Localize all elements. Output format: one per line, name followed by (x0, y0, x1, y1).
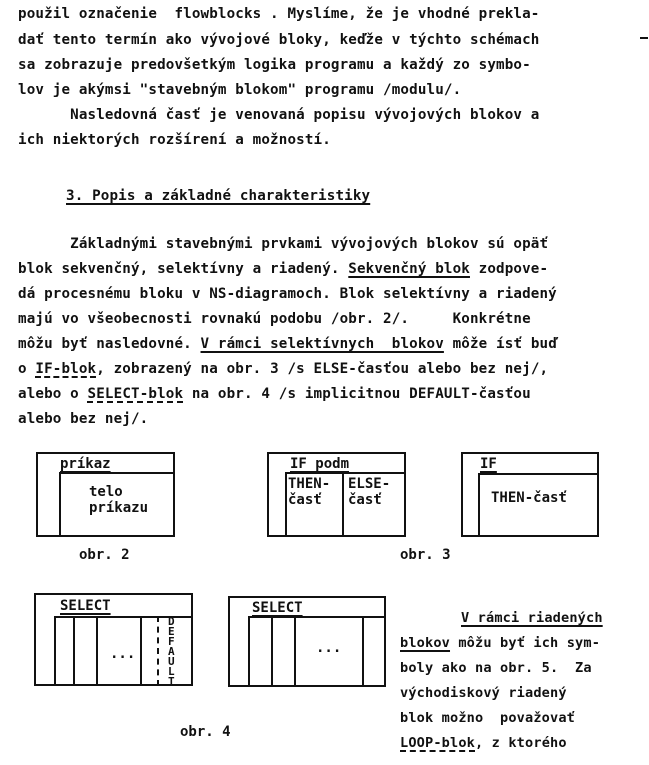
text-line: majú vo všeobecnosti rovnakú podobu /obr… (18, 311, 531, 327)
text-line: alebo o SELECT-blok na obr. 4 /s implici… (18, 386, 531, 402)
text-line: ich niektorých rozšírení a možností. (18, 132, 331, 148)
term-selektivne-bloky: V rámci selektívnych blokov (201, 336, 444, 352)
fig3a-divider (342, 472, 344, 537)
section-heading: 3. Popis a základné charakteristiky (66, 188, 370, 204)
fig4a-dots: ... (110, 646, 135, 662)
fig4a-header: SELECT (60, 598, 111, 614)
fig4a-divider (73, 616, 75, 686)
text-line: Nasledovná časť je venovaná popisu vývoj… (18, 107, 540, 123)
fig4b-dots: ... (316, 640, 341, 656)
fig3a-then: THEN- časť (288, 476, 330, 508)
fig4a-divider (96, 616, 98, 686)
fig2-header: príkaz (60, 456, 111, 472)
fig4a-dashed-divider (157, 616, 159, 686)
text-line: dať tento termín ako vývojové bloky, keď… (18, 32, 540, 48)
fig4a-divider (140, 616, 142, 686)
text-line: alebo bez nej/. (18, 411, 148, 427)
fig3-caption: obr. 3 (400, 547, 451, 563)
fig4a-default: D E F A U L T (168, 617, 175, 687)
text-line: sa zobrazuje predovšetkým logika program… (18, 57, 531, 73)
text-line: blok možno považovať (400, 710, 575, 726)
fig4b-header: SELECT (252, 600, 303, 616)
side-term: V rámci riadených (461, 610, 603, 626)
term-select-blok: SELECT-blok (88, 386, 184, 402)
fig4b-divider (362, 616, 364, 687)
fig2-body: príkazu (89, 500, 148, 516)
fig3b-then: THEN-časť (491, 490, 567, 506)
text-line: blokov môžu byť ich sym- (400, 635, 600, 651)
fig4-caption: obr. 4 (180, 724, 231, 740)
text-line: blok sekvenčný, selektívny a riadený. Se… (18, 261, 548, 277)
fig4b-divider (271, 616, 273, 687)
text-line: dá procesnému bloku v NS-diagramoch. Blo… (18, 286, 557, 302)
fig4b-divider (294, 616, 296, 687)
text-line: o IF-blok, zobrazený na obr. 3 /s ELSE-č… (18, 361, 548, 377)
text-line: môžu byť nasledovné. V rámci selektívnyc… (18, 336, 557, 352)
fig2-caption: obr. 2 (79, 547, 130, 563)
text-line: lov je akýmsi "stavebným blokom" program… (18, 82, 461, 98)
fig3a-else: ELSE- časť (348, 476, 390, 508)
term-if-blok: IF-blok (35, 361, 96, 377)
fig2-body: telo (89, 484, 123, 500)
text-line: boly ako na obr. 5. Za (400, 660, 592, 676)
text-line: použil označenie flowblocks . Myslíme, ž… (18, 6, 540, 22)
fig3a-header: IF podm (290, 456, 349, 472)
margin-mark (640, 37, 648, 39)
term-sekvencny-blok: Sekvenčný blok (348, 261, 470, 277)
text-line: LOOP-blok, z ktorého (400, 735, 567, 751)
text-line: východiskový riadený (400, 685, 567, 701)
text-line: Základnými stavebnými prvkami vývojových… (18, 236, 548, 252)
fig3b-header: IF (480, 456, 497, 472)
